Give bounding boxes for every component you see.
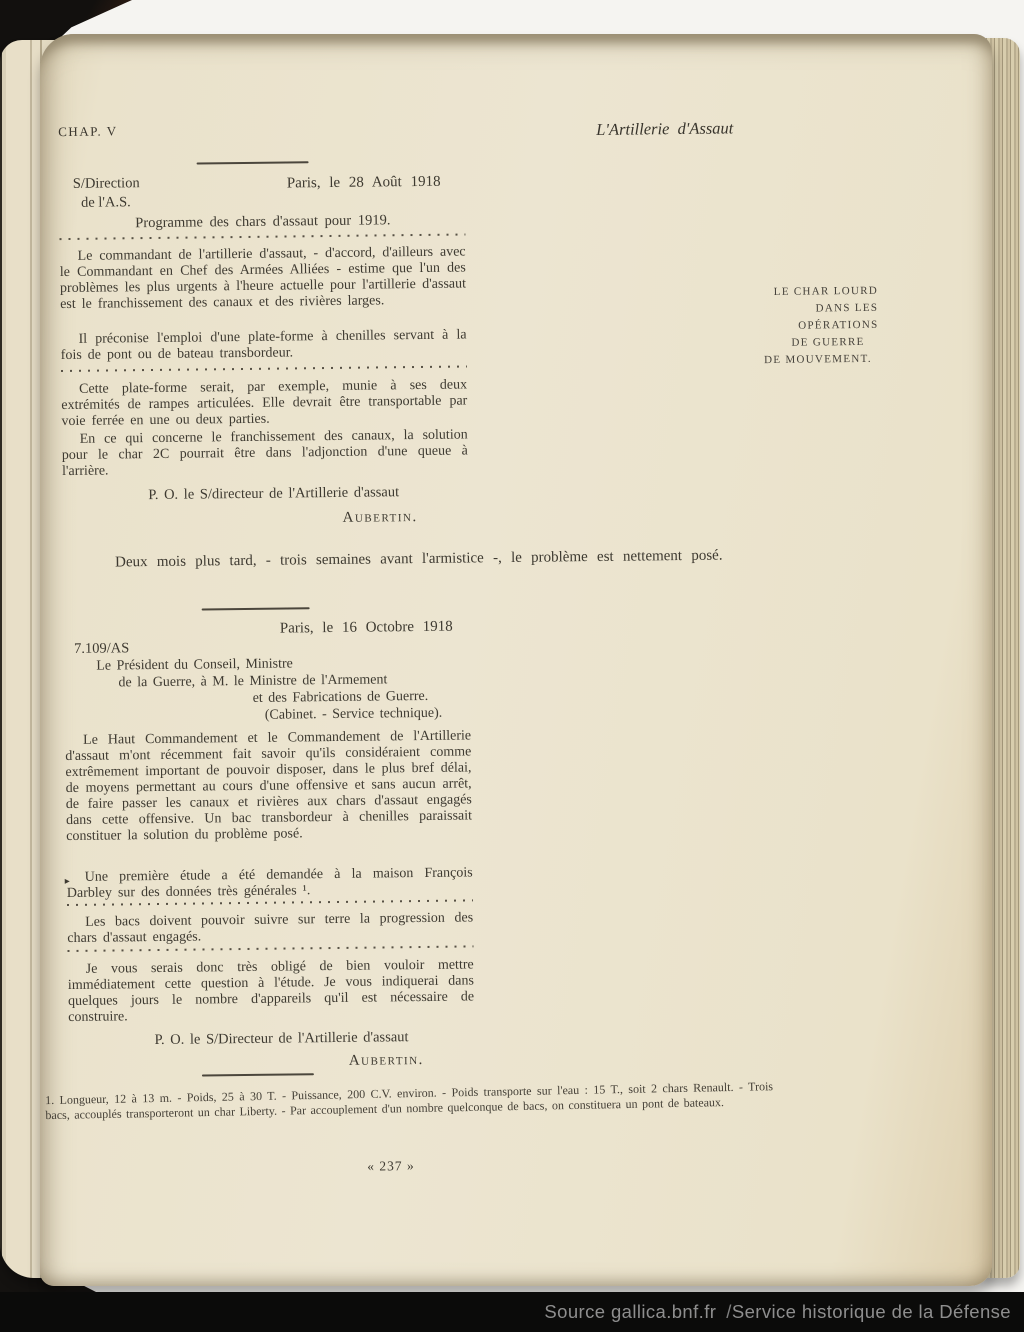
ellipsis-line (59, 233, 465, 240)
separator-rule (197, 161, 309, 164)
margin-side-note: LE CHAR LOURD DANS LES OPÉRATIONS DE GUE… (756, 283, 879, 369)
source-label: Source gallica.bnf.fr (544, 1301, 716, 1323)
letter2-paragraph-1: Le Haut Commandement et le Commandement … (65, 728, 472, 845)
letter1-subject: Programme des chars d'assaut pour 1919. (135, 212, 390, 232)
letter1-paragraph-2: Il préconise l'emploi d'une plate-forme … (60, 327, 466, 364)
side-note-line: LE CHAR LOURD (756, 283, 878, 301)
letter1-signature-role: P. O. le S/directeur de l'Artillerie d'a… (148, 484, 399, 504)
letter2-addressee-line4: (Cabinet. - Service technique). (265, 706, 443, 724)
side-note-line: DE GUERRE (757, 334, 879, 352)
side-note-line: DANS LES OPÉRATIONS (756, 300, 878, 335)
interlude-paragraph: Deux mois plus tard, - trois semaines av… (63, 545, 741, 574)
page-content: CHAP. V L'Artillerie d'Assaut S/Directio… (0, 0, 1024, 1332)
ellipsis-line (67, 945, 473, 952)
letter2-paragraph-2: Une première étude a été demandée à la m… (67, 865, 473, 902)
letter2-addressee-line3: et des Fabrications de Guerre. (253, 689, 429, 707)
footnote-rule (202, 1073, 314, 1076)
letter1-signature-name: Aubertin. (343, 509, 418, 527)
letter2-paragraph-3: Les bacs doivent pouvoir suivre sur terr… (67, 910, 473, 947)
ellipsis-line (61, 365, 467, 372)
letter1-paragraph-3: Cette plate-forme serait, par exemple, m… (61, 377, 468, 430)
provider-label: Service historique de la Défense (732, 1301, 1011, 1323)
letter1-margin-reference-line1: S/Direction (73, 175, 140, 193)
letter2-paragraph-4: Je vous serais donc très obligé de bien … (68, 957, 475, 1026)
letter2-addressee-line2: de la Guerre, à M. le Ministre de l'Arme… (118, 672, 387, 691)
letter2-reference-number: 7.109/AS (74, 640, 129, 658)
page-number: « 237 » (336, 1158, 446, 1175)
footnote-text: 1. Longueur, 12 à 13 m. - Poids, 25 à 30… (45, 1079, 773, 1122)
separator-rule (202, 607, 310, 610)
letter1-paragraph-4: En ce qui concerne le franchissement des… (62, 427, 469, 480)
letter1-paragraph-1: Le commandant de l'artillerie d'assaut, … (60, 244, 467, 313)
letter1-margin-reference-line2: de l'A.S. (81, 194, 131, 212)
letter2-signature-name: Aubertin. (349, 1052, 424, 1070)
letter2-dateline: Paris, le 16 Octobre 1918 (280, 619, 453, 638)
letter1-dateline: Paris, le 28 Août 1918 (287, 174, 441, 193)
scanned-book-page: CHAP. V L'Artillerie d'Assaut S/Directio… (0, 0, 1024, 1332)
letter2-signature-role: P. O. le S/Directeur de l'Artillerie d'a… (154, 1029, 408, 1049)
gallica-attribution-bar: Source gallica.bnf.fr / Service historiq… (0, 1292, 1024, 1332)
side-note-line: DE MOUVEMENT. (757, 351, 879, 369)
chapter-label: CHAP. V (58, 123, 118, 140)
running-title: L'Artillerie d'Assaut (596, 118, 733, 140)
letter2-addressee-line1: Le Président du Conseil, Ministre (96, 656, 293, 674)
